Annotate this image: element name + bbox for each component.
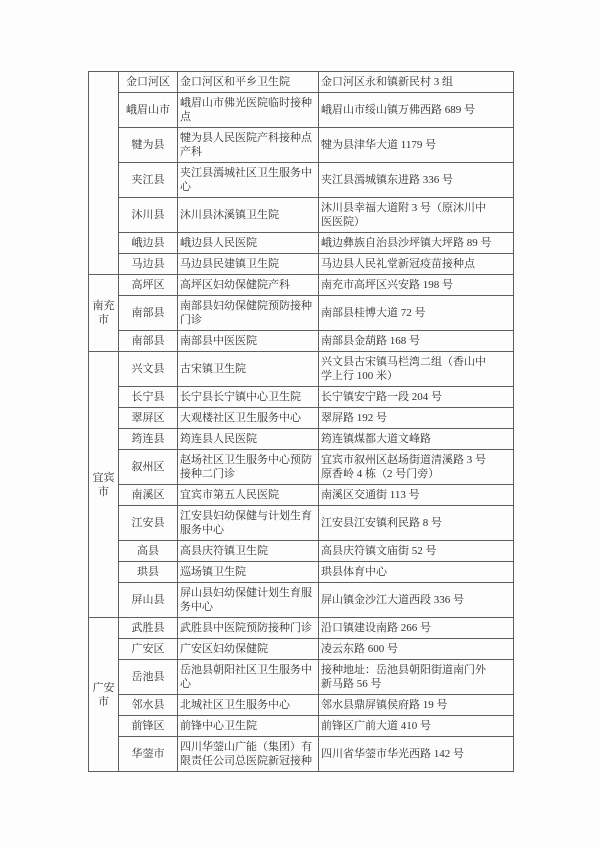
table-row: 广安区广安区妇幼保健院凌云东路 600 号 <box>89 639 514 660</box>
address-cell: 邻水县鼎屏镇侯府路 19 号 <box>319 695 514 716</box>
institution-cell: 岳池县朝阳社区卫生服务中 心 <box>178 660 319 695</box>
document-page: 金口河区金口河区和平乡卫生院金口河区永和镇新民村 3 组峨眉山市峨眉山市佛光医院… <box>0 0 600 848</box>
district-cell: 南溪区 <box>119 485 178 506</box>
institution-cell: 高坪区妇幼保健院产科 <box>178 275 319 296</box>
table-row: 南溪区宜宾市第五人民医院南溪区交通街 113 号 <box>89 485 514 506</box>
address-cell: 珙县体育中心 <box>319 562 514 583</box>
institution-cell: 金口河区和平乡卫生院 <box>178 72 319 93</box>
institution-cell: 夹江县漹城社区卫生服务中 心 <box>178 163 319 198</box>
district-cell: 夹江县 <box>119 163 178 198</box>
table-row: 邻水县北城社区卫生服务中心邻水县鼎屏镇侯府路 19 号 <box>89 695 514 716</box>
city-cell: 南充 市 <box>89 275 119 352</box>
table-row: 金口河区金口河区和平乡卫生院金口河区永和镇新民村 3 组 <box>89 72 514 93</box>
city-cell <box>89 72 119 275</box>
institution-cell: 马边县民建镇卫生院 <box>178 254 319 275</box>
table-row: 长宁县长宁县长宁镇中心卫生院长宁镇安宁路一段 204 号 <box>89 387 514 408</box>
district-cell: 南部县 <box>119 296 178 331</box>
institution-cell: 江安县妇幼保健与计划生育 服务中心 <box>178 506 319 541</box>
district-cell: 峨边县 <box>119 233 178 254</box>
institution-cell: 大观楼社区卫生服务中心 <box>178 408 319 429</box>
table-row: 屏山县屏山县妇幼保健计划生育服 务中心屏山镇金沙江大道西段 336 号 <box>89 583 514 618</box>
institution-cell: 南部县中医医院 <box>178 331 319 352</box>
institution-cell: 沐川县沐溪镇卫生院 <box>178 198 319 233</box>
district-cell: 峨眉山市 <box>119 93 178 128</box>
table-row: 峨边县峨边县人民医院峨边彝族自治县沙坪镇大坪路 89 号 <box>89 233 514 254</box>
address-cell: 江安县江安镇利民路 8 号 <box>319 506 514 541</box>
district-cell: 高坪区 <box>119 275 178 296</box>
district-cell: 马边县 <box>119 254 178 275</box>
district-cell: 广安区 <box>119 639 178 660</box>
vaccination-sites-table: 金口河区金口河区和平乡卫生院金口河区永和镇新民村 3 组峨眉山市峨眉山市佛光医院… <box>88 71 514 772</box>
institution-cell: 屏山县妇幼保健计划生育服 务中心 <box>178 583 319 618</box>
district-cell: 屏山县 <box>119 583 178 618</box>
address-cell: 长宁镇安宁路一段 204 号 <box>319 387 514 408</box>
institution-cell: 犍为县人民医院产科接种点 产科 <box>178 128 319 163</box>
district-cell: 武胜县 <box>119 618 178 639</box>
institution-cell: 巡场镇卫生院 <box>178 562 319 583</box>
institution-cell: 宜宾市第五人民医院 <box>178 485 319 506</box>
table-row: 华蓥市四川华蓥山广能（集团）有 限责任公司总医院新冠接种四川省华蓥市华光西路 1… <box>89 737 514 772</box>
table-row: 宜宾 市兴文县古宋镇卫生院兴文县古宋镇马栏湾二组（香山中 学上行 100 米） <box>89 352 514 387</box>
address-cell: 马边县人民礼堂新冠疫苗接种点 <box>319 254 514 275</box>
institution-cell: 筠连县人民医院 <box>178 429 319 450</box>
address-cell: 峨边彝族自治县沙坪镇大坪路 89 号 <box>319 233 514 254</box>
institution-cell: 峨边县人民医院 <box>178 233 319 254</box>
district-cell: 珙县 <box>119 562 178 583</box>
address-cell: 高县庆符镇文庙街 52 号 <box>319 541 514 562</box>
address-cell: 兴文县古宋镇马栏湾二组（香山中 学上行 100 米） <box>319 352 514 387</box>
district-cell: 兴文县 <box>119 352 178 387</box>
institution-cell: 长宁县长宁镇中心卫生院 <box>178 387 319 408</box>
table-row: 翠屏区大观楼社区卫生服务中心翠屏路 192 号 <box>89 408 514 429</box>
institution-cell: 广安区妇幼保健院 <box>178 639 319 660</box>
table-row: 夹江县夹江县漹城社区卫生服务中 心夹江县漹城镇东进路 336 号 <box>89 163 514 198</box>
table-row: 南部县南部县妇幼保健院预防接种 门诊南部县桂博大道 72 号 <box>89 296 514 331</box>
address-cell: 南充市高坪区兴安路 198 号 <box>319 275 514 296</box>
address-cell: 翠屏路 192 号 <box>319 408 514 429</box>
address-cell: 峨眉山市绥山镇万佛西路 689 号 <box>319 93 514 128</box>
district-cell: 邻水县 <box>119 695 178 716</box>
institution-cell: 峨眉山市佛光医院临时接种 点 <box>178 93 319 128</box>
district-cell: 筠连县 <box>119 429 178 450</box>
address-cell: 夹江县漹城镇东进路 336 号 <box>319 163 514 198</box>
address-cell: 接种地址：岳池县朝阳街道南门外 新马路 56 号 <box>319 660 514 695</box>
table-row: 马边县马边县民建镇卫生院马边县人民礼堂新冠疫苗接种点 <box>89 254 514 275</box>
district-cell: 前锋区 <box>119 716 178 737</box>
institution-cell: 南部县妇幼保健院预防接种 门诊 <box>178 296 319 331</box>
district-cell: 江安县 <box>119 506 178 541</box>
address-cell: 宜宾市叙州区赵场街道清溪路 3 号 原香岭 4 栋（2 号门旁） <box>319 450 514 485</box>
address-cell: 南溪区交通街 113 号 <box>319 485 514 506</box>
address-cell: 前锋区广前大道 410 号 <box>319 716 514 737</box>
institution-cell: 四川华蓥山广能（集团）有 限责任公司总医院新冠接种 <box>178 737 319 772</box>
district-cell: 南部县 <box>119 331 178 352</box>
institution-cell: 前锋中心卫生院 <box>178 716 319 737</box>
table-body: 金口河区金口河区和平乡卫生院金口河区永和镇新民村 3 组峨眉山市峨眉山市佛光医院… <box>89 72 514 772</box>
institution-cell: 高县庆符镇卫生院 <box>178 541 319 562</box>
district-cell: 金口河区 <box>119 72 178 93</box>
institution-cell: 北城社区卫生服务中心 <box>178 695 319 716</box>
address-cell: 沐川县幸福大道附 3 号（原沐川中 医医院） <box>319 198 514 233</box>
district-cell: 犍为县 <box>119 128 178 163</box>
table-row: 筠连县筠连县人民医院筠连镇煤都大道文峰路 <box>89 429 514 450</box>
table-row: 高县高县庆符镇卫生院高县庆符镇文庙街 52 号 <box>89 541 514 562</box>
district-cell: 岳池县 <box>119 660 178 695</box>
table-row: 广安 市武胜县武胜县中医院预防接种门诊沿口镇建设南路 266 号 <box>89 618 514 639</box>
district-cell: 叙州区 <box>119 450 178 485</box>
district-cell: 翠屏区 <box>119 408 178 429</box>
institution-cell: 武胜县中医院预防接种门诊 <box>178 618 319 639</box>
city-cell: 广安 市 <box>89 618 119 772</box>
city-cell: 宜宾 市 <box>89 352 119 618</box>
address-cell: 南部县桂博大道 72 号 <box>319 296 514 331</box>
district-cell: 华蓥市 <box>119 737 178 772</box>
table-row: 沐川县沐川县沐溪镇卫生院沐川县幸福大道附 3 号（原沐川中 医医院） <box>89 198 514 233</box>
table-row: 岳池县岳池县朝阳社区卫生服务中 心接种地址：岳池县朝阳街道南门外 新马路 56 … <box>89 660 514 695</box>
table-row: 南充 市高坪区高坪区妇幼保健院产科南充市高坪区兴安路 198 号 <box>89 275 514 296</box>
address-cell: 南部县金葫路 168 号 <box>319 331 514 352</box>
address-cell: 筠连镇煤都大道文峰路 <box>319 429 514 450</box>
table-row: 南部县南部县中医医院南部县金葫路 168 号 <box>89 331 514 352</box>
address-cell: 金口河区永和镇新民村 3 组 <box>319 72 514 93</box>
table-row: 前锋区前锋中心卫生院前锋区广前大道 410 号 <box>89 716 514 737</box>
table-row: 犍为县犍为县人民医院产科接种点 产科犍为县津华大道 1179 号 <box>89 128 514 163</box>
address-cell: 四川省华蓥市华光西路 142 号 <box>319 737 514 772</box>
institution-cell: 赵场社区卫生服务中心预防 接种二门诊 <box>178 450 319 485</box>
address-cell: 凌云东路 600 号 <box>319 639 514 660</box>
district-cell: 长宁县 <box>119 387 178 408</box>
institution-cell: 古宋镇卫生院 <box>178 352 319 387</box>
table-row: 峨眉山市峨眉山市佛光医院临时接种 点峨眉山市绥山镇万佛西路 689 号 <box>89 93 514 128</box>
district-cell: 高县 <box>119 541 178 562</box>
address-cell: 屏山镇金沙江大道西段 336 号 <box>319 583 514 618</box>
address-cell: 犍为县津华大道 1179 号 <box>319 128 514 163</box>
table-row: 江安县江安县妇幼保健与计划生育 服务中心江安县江安镇利民路 8 号 <box>89 506 514 541</box>
district-cell: 沐川县 <box>119 198 178 233</box>
table-row: 珙县巡场镇卫生院珙县体育中心 <box>89 562 514 583</box>
table-row: 叙州区赵场社区卫生服务中心预防 接种二门诊宜宾市叙州区赵场街道清溪路 3 号 原… <box>89 450 514 485</box>
address-cell: 沿口镇建设南路 266 号 <box>319 618 514 639</box>
